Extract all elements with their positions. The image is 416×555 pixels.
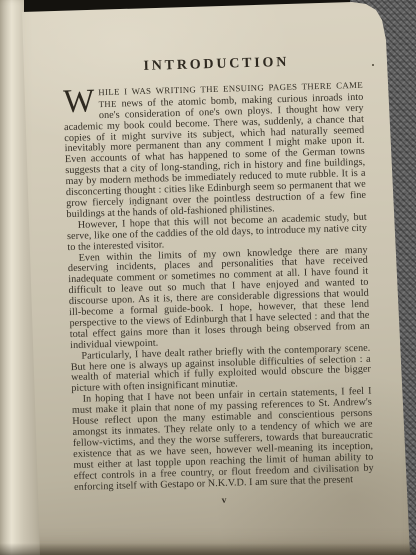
paragraph-text: news of the atomic bomb, making curious … bbox=[64, 92, 366, 220]
book-photo: INTRODUCTION WHILE I WAS WRITING THE ENS… bbox=[0, 0, 416, 555]
book-page: INTRODUCTION WHILE I WAS WRITING THE ENS… bbox=[0, 0, 416, 555]
page-title: INTRODUCTION bbox=[70, 56, 362, 75]
drop-cap: W bbox=[63, 87, 99, 116]
paragraph: WHILE I WAS WRITING THE ENSUING PAGES TH… bbox=[63, 80, 367, 221]
page-text-block: INTRODUCTION WHILE I WAS WRITING THE ENS… bbox=[62, 48, 375, 512]
bottom-edge-shadow bbox=[0, 543, 416, 555]
paragraph: Even within the limits of my own knowled… bbox=[68, 245, 371, 351]
page-number: v bbox=[74, 492, 374, 511]
paper-speck bbox=[372, 64, 374, 66]
paragraph: In hoping that I have not been unfair in… bbox=[72, 387, 375, 493]
paper-speck bbox=[134, 205, 136, 206]
